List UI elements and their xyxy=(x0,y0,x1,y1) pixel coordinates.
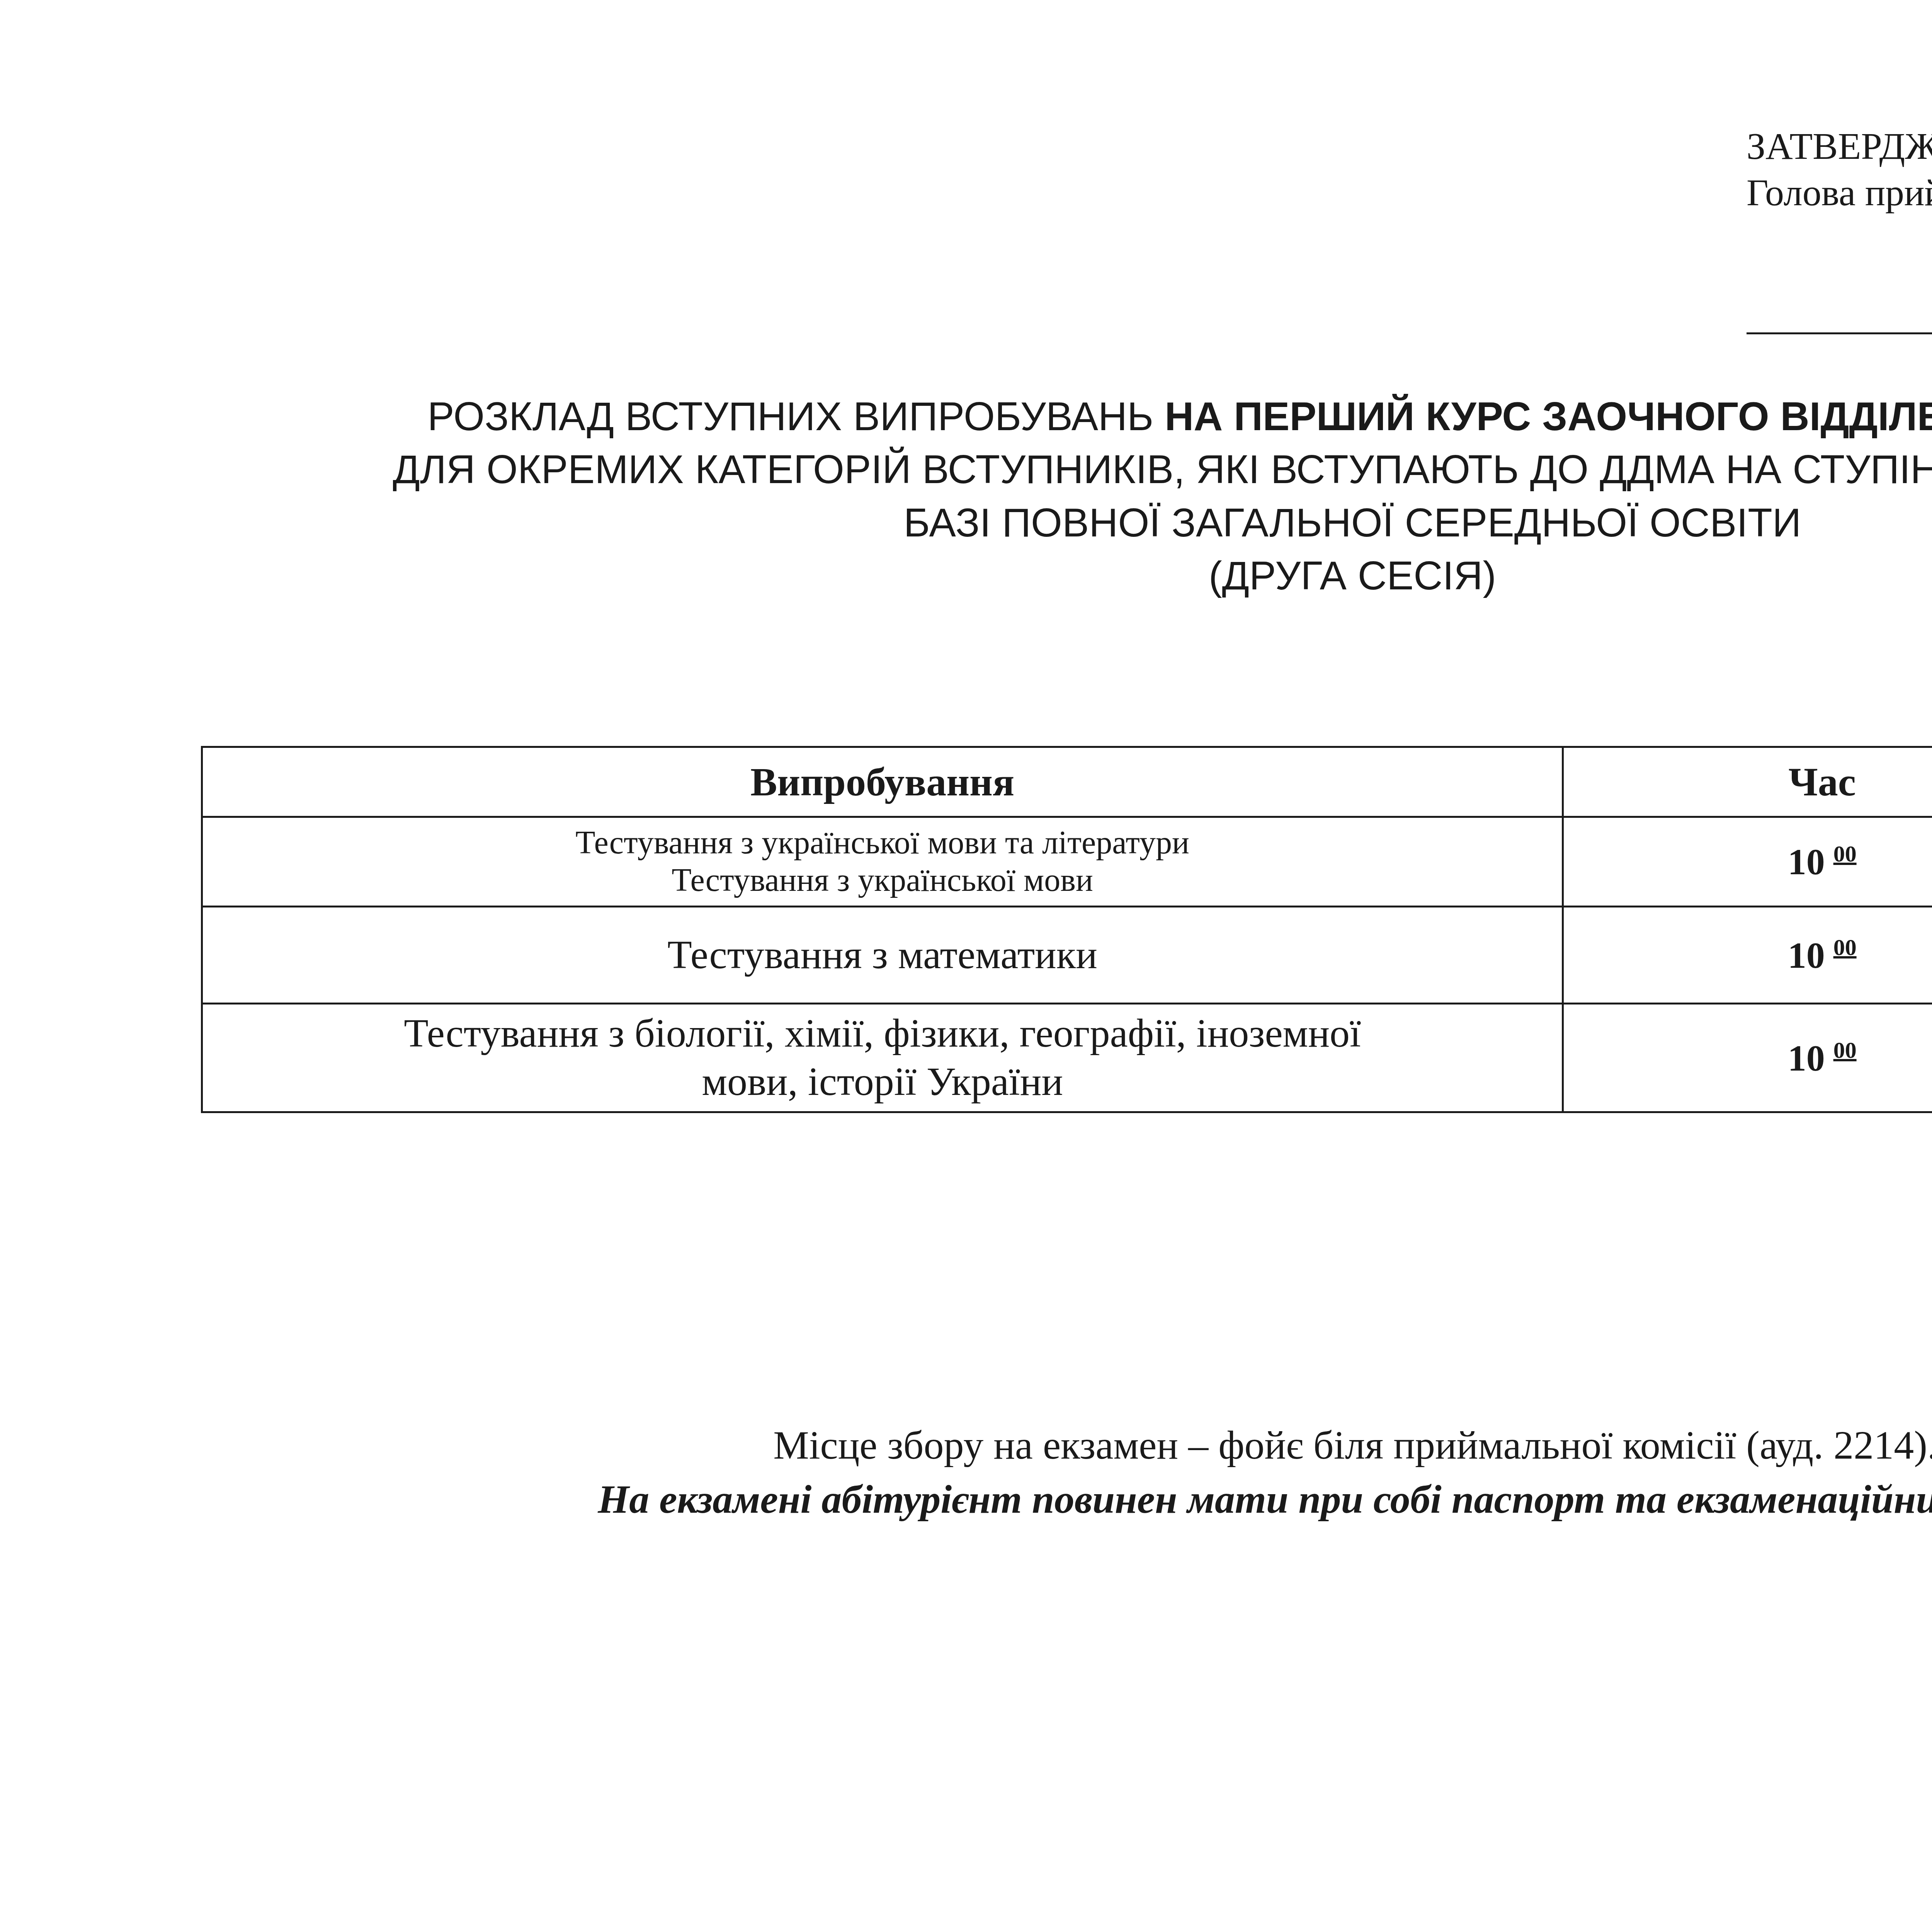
approval-block: ЗАТВЕРДЖУЮ: Голова приймальної комісії xyxy=(1747,124,1932,216)
header-time: Час xyxy=(1563,747,1932,817)
signature-row: Віктор КОВАЛЬОВ xyxy=(1747,294,1932,340)
exam-schedule-table: Випробування Час Дата Тестування з украї… xyxy=(201,746,1932,1113)
table-row: Тестування з української мови та літерат… xyxy=(202,817,1932,907)
documents-note: На екзамені абітурієнт повинен мати при … xyxy=(0,1476,1932,1522)
document-title: РОЗКЛАД ВСТУПНИХ ВИПРОБУВАНЬ НА ПЕРШИЙ К… xyxy=(116,390,1932,603)
approve-label: ЗАТВЕРДЖУЮ: xyxy=(1747,124,1932,170)
table-row: Тестування з математики 1000 25.08четвер xyxy=(202,907,1932,1004)
gathering-place-note: Місце збору на екзамен – фойє біля прийм… xyxy=(0,1422,1932,1468)
header-exam: Випробування xyxy=(202,747,1563,817)
signature-line xyxy=(1747,332,1932,334)
table-header-row: Випробування Час Дата xyxy=(202,747,1932,817)
table-row: Тестування з біології, хімії, фізики, ге… xyxy=(202,1004,1932,1112)
approver-position: Голова приймальної комісії xyxy=(1747,170,1932,216)
